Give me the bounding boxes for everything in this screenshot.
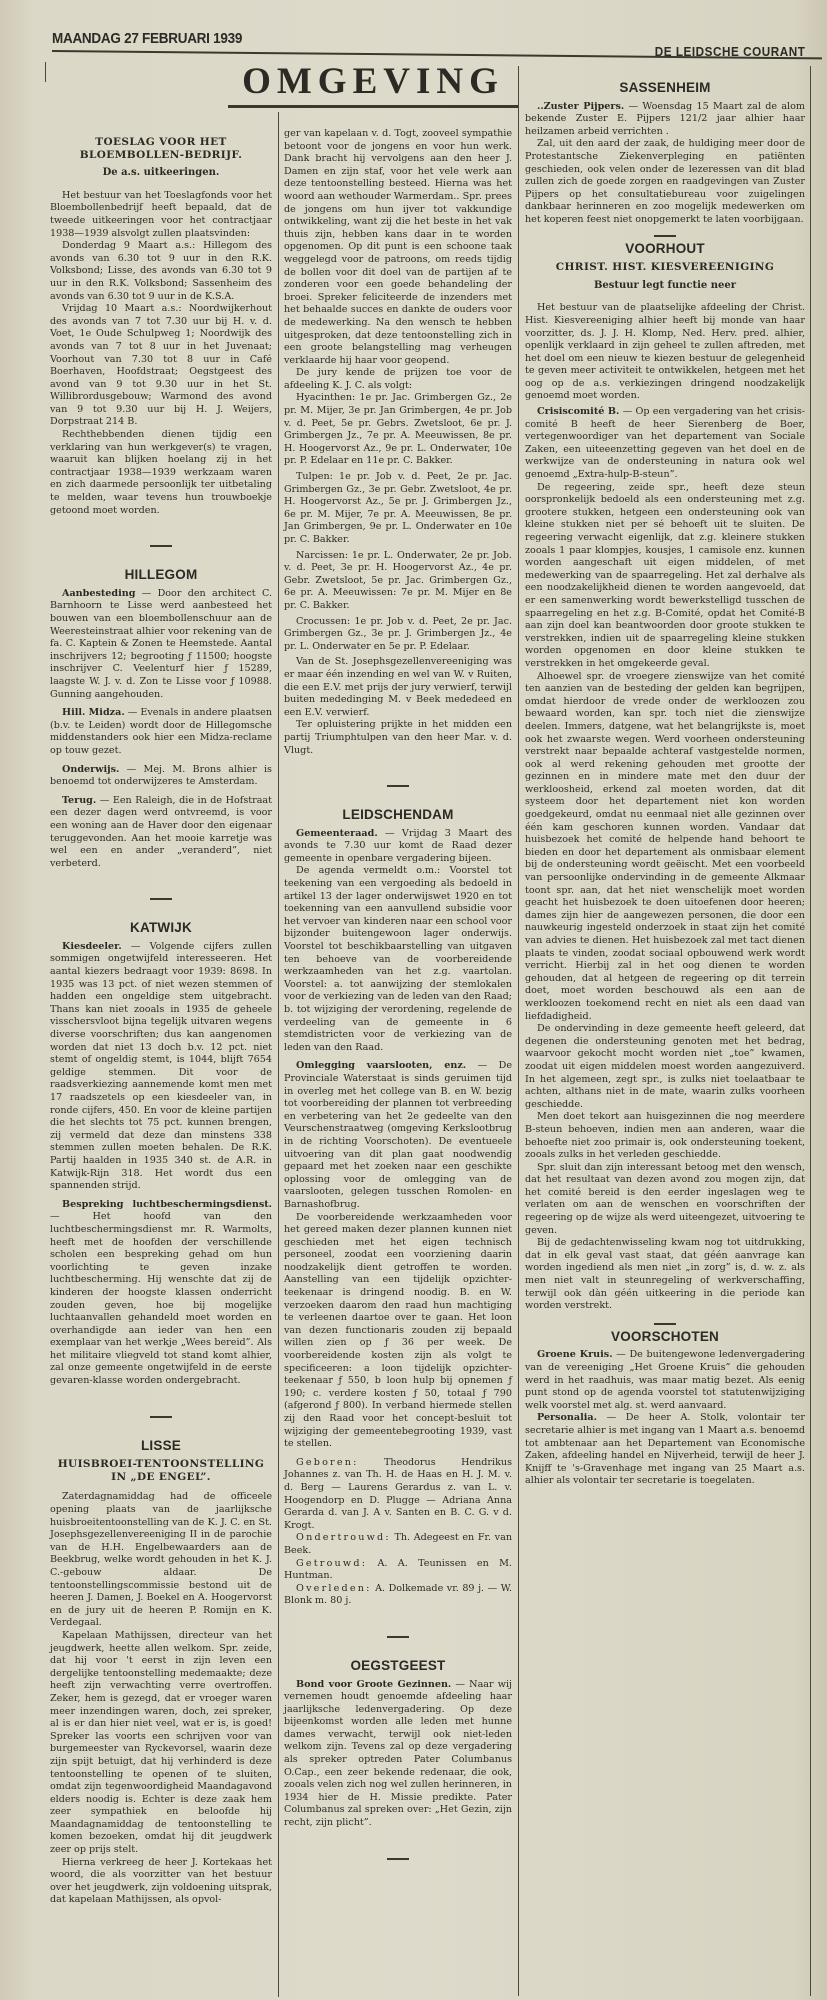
section-divider bbox=[150, 545, 172, 547]
news-item: Bij de gedachtenwisseling kwam nog tot u… bbox=[525, 1237, 805, 1313]
item-lead: Hill. Midza. bbox=[62, 707, 125, 718]
item-text: — Het hoofd van den luchtbeschermingsdie… bbox=[50, 1211, 272, 1386]
item-text: — Door den architect C. Barnhoorn te Lis… bbox=[50, 588, 272, 700]
article-paragraph: Kapelaan Mathijssen, directeur van het j… bbox=[50, 1630, 272, 1857]
article-paragraph: Het bestuur van het Toeslagfonds voor he… bbox=[50, 190, 272, 240]
news-item: Crisiscomité B. — Op een vergadering van… bbox=[525, 406, 805, 482]
section-divider bbox=[150, 1416, 172, 1418]
column-rule bbox=[810, 66, 811, 1996]
section-divider bbox=[387, 785, 409, 787]
item-lead: Omlegging vaarslooten, enz. bbox=[296, 1060, 466, 1071]
masthead-date: MAANDAG 27 FEBRUARI 1939 bbox=[52, 30, 242, 47]
column-rule bbox=[45, 62, 46, 82]
item-text: Alhoewel spr. de vroegere zienswijze van… bbox=[525, 671, 805, 1022]
section-divider bbox=[150, 898, 172, 900]
section-divider bbox=[654, 235, 676, 237]
column-2: ger van kapelaan v. d. Togt, zooveel sym… bbox=[284, 128, 512, 1882]
item-text: De agenda vermeldt o.m.: Voorstel tot te… bbox=[284, 865, 512, 1052]
prize-list: Hyacinthen: 1e pr. Jac. Grimbergen Gz., … bbox=[284, 392, 512, 468]
news-item: De agenda vermeldt o.m.: Voorstel tot te… bbox=[284, 865, 512, 1054]
item-text: — Naar wij vernemen houdt genoemde afdee… bbox=[284, 1679, 512, 1829]
article-paragraph: De jury kende de prijzen toe voor de afd… bbox=[284, 367, 512, 392]
item-lead: Terug. bbox=[62, 795, 96, 806]
article-subhead: Bestuur legt functie neer bbox=[525, 280, 805, 293]
news-item: De voorbereidende werkzaamheden voor het… bbox=[284, 1212, 512, 1451]
section-title: OMGEVING bbox=[228, 60, 518, 103]
item-text: De regeering, zeide spr., heeft deze ste… bbox=[525, 482, 805, 669]
section-divider bbox=[387, 1858, 409, 1860]
item-text: Het bestuur van de plaatselijke afdeelin… bbox=[525, 302, 805, 401]
item-lead: Bond voor Groote Gezinnen. bbox=[296, 1679, 451, 1690]
article-paragraph: Zaterdagnamiddag had de officeele openin… bbox=[50, 1491, 272, 1630]
news-item: Bespreking luchtbeschermingsdienst. — He… bbox=[50, 1199, 272, 1388]
news-item: Het bestuur van de plaatselijke afdeelin… bbox=[525, 302, 805, 403]
article-subhead: De a.s. uitkeeringen. bbox=[50, 167, 272, 180]
newspaper-page: MAANDAG 27 FEBRUARI 1939 DE LEIDSCHE COU… bbox=[0, 0, 827, 2000]
news-item: De ondervinding in deze gemeente heeft g… bbox=[525, 1023, 805, 1111]
column-rule bbox=[278, 112, 279, 1997]
item-text: — Op een vergadering van het crisis-comi… bbox=[525, 406, 805, 480]
item-lead: Gemeenteraad. bbox=[296, 828, 378, 839]
news-item: Zal, uit den aard der zaak, de huldiging… bbox=[525, 138, 805, 226]
item-text: De ondervinding in deze gemeente heeft g… bbox=[525, 1023, 805, 1110]
item-lead: Bespreking luchtbeschermingsdienst. bbox=[62, 1199, 272, 1210]
article-paragraph: Rechthebbenden dienen tijdig een verklar… bbox=[50, 429, 272, 517]
article-paragraph: Vrijdag 10 Maart a.s.: Noordwijkerhout d… bbox=[50, 303, 272, 429]
news-item: De regeering, zeide spr., heeft deze ste… bbox=[525, 482, 805, 671]
item-text: Spr. sluit dan zijn interessant betoog m… bbox=[525, 1162, 805, 1236]
item-text: Men doet tekort aan huisgezinnen die nog… bbox=[525, 1111, 805, 1160]
article-paragraph: Donderdag 9 Maart a.s.: Hillegom des avo… bbox=[50, 240, 272, 303]
civil-record: Geboren: Theodorus Hendrikus Johannes z.… bbox=[284, 1457, 512, 1533]
item-lead: Crisiscomité B. bbox=[537, 406, 619, 417]
column-3: SASSENHEIM ..Zuster Pijpers. — Woensdag … bbox=[525, 76, 805, 1488]
prize-list: Narcissen: 1e pr. L. Onderwater, 2e pr. … bbox=[284, 550, 512, 613]
town-heading-hillegom: HILLEGOM bbox=[50, 569, 272, 582]
section-divider bbox=[654, 1323, 676, 1325]
news-item: Men doet tekort aan huisgezinnen die nog… bbox=[525, 1111, 805, 1161]
item-text: Zal, uit den aard der zaak, de huldiging… bbox=[525, 138, 805, 225]
town-heading-leidschendam: LEIDSCHENDAM bbox=[284, 809, 512, 822]
town-heading-katwijk: KATWIJK bbox=[50, 922, 272, 935]
town-heading-oegstgeest: OEGSTGEEST bbox=[284, 1660, 512, 1673]
news-item: Hill. Midza. — Evenals in andere plaatse… bbox=[50, 707, 272, 757]
item-lead: Groene Kruis. bbox=[537, 1349, 613, 1360]
item-text: Bij de gedachtenwisseling kwam nog tot u… bbox=[525, 1237, 805, 1311]
civil-record: Ondertrouwd: Th. Adegeest en Fr. van Bee… bbox=[284, 1532, 512, 1557]
news-item: Aanbesteding — Door den architect C. Bar… bbox=[50, 588, 272, 701]
civil-record: Getrouwd: A. A. Teunissen en M. Huntman. bbox=[284, 1558, 512, 1583]
town-heading-voorhout: VOORHOUT bbox=[525, 243, 805, 256]
record-label: Geboren: bbox=[296, 1457, 359, 1468]
article-paragraph: Hierna verkreeg de heer J. Kortekaas het… bbox=[50, 1857, 272, 1907]
item-lead: Kiesdeeler. bbox=[62, 941, 122, 952]
section-title-rule bbox=[228, 105, 518, 108]
article-headline: TOESLAG VOOR HET BLOEMBOLLEN-BEDRIJF. bbox=[50, 136, 272, 161]
column-rule bbox=[518, 66, 519, 1996]
article-headline: CHRIST. HIST. KIESVEREENIGING bbox=[525, 261, 805, 274]
news-item: Gemeenteraad. — Vrijdag 3 Maart des avon… bbox=[284, 828, 512, 866]
item-text: — De heer A. Stolk, volontair ter secret… bbox=[525, 1412, 805, 1486]
item-lead: Onderwijs. bbox=[62, 764, 119, 775]
record-label: Getrouwd: bbox=[296, 1558, 367, 1569]
article-paragraph: Ter opluistering prijkte in het midden e… bbox=[284, 719, 512, 757]
article-paragraph: Van de St. Josephsgezellenvereeniging wa… bbox=[284, 656, 512, 719]
record-label: Ondertrouwd: bbox=[296, 1532, 391, 1543]
news-item: Groene Kruis. — De buitengewone ledenver… bbox=[525, 1349, 805, 1412]
column-1: TOESLAG VOOR HET BLOEMBOLLEN-BEDRIJF. De… bbox=[50, 132, 272, 1907]
prize-list: Tulpen: 1e pr. Job v. d. Peet, 2e pr. Ja… bbox=[284, 471, 512, 547]
item-lead: Aanbesteding bbox=[62, 588, 135, 599]
town-heading-voorschoten: VOORSCHOTEN bbox=[525, 1331, 805, 1344]
news-item: Onderwijs. — Mej. M. Brons alhier is ben… bbox=[50, 764, 272, 789]
article-paragraph: ger van kapelaan v. d. Togt, zooveel sym… bbox=[284, 128, 512, 367]
news-item: Omlegging vaarslooten, enz. — De Provinc… bbox=[284, 1060, 512, 1211]
news-item: Kiesdeeler. — Volgende cijfers zullen so… bbox=[50, 941, 272, 1193]
item-text: De voorbereidende werkzaamheden voor het… bbox=[284, 1212, 512, 1450]
town-heading-lisse: LISSE bbox=[50, 1440, 272, 1453]
article-headline: HUISBROEI-TENTOONSTELLING IN „DE ENGEL”. bbox=[50, 1458, 272, 1483]
item-text: — De Provinciale Waterstaat is sinds ger… bbox=[284, 1060, 512, 1210]
news-item: Terug. — Een Raleigh, die in de Hofstraa… bbox=[50, 795, 272, 871]
item-text: — Volgende cijfers zullen sommigen onget… bbox=[50, 941, 272, 1191]
civil-record: Overleden: A. Dolkemade vr. 89 j. — W. B… bbox=[284, 1583, 512, 1608]
news-item: Bond voor Groote Gezinnen. — Naar wij ve… bbox=[284, 1679, 512, 1830]
section-divider bbox=[387, 1636, 409, 1638]
news-item: ..Zuster Pijpers. — Woensdag 15 Maart za… bbox=[525, 101, 805, 139]
prize-list: Crocussen: 1e pr. Job v. d. Peet, 2e pr.… bbox=[284, 616, 512, 654]
news-item: Spr. sluit dan zijn interessant betoog m… bbox=[525, 1162, 805, 1238]
news-item: Personalia. — De heer A. Stolk, volontai… bbox=[525, 1412, 805, 1488]
town-heading-sassenheim: SASSENHEIM bbox=[525, 82, 805, 95]
item-lead: ..Zuster Pijpers. bbox=[537, 101, 624, 112]
item-lead: Personalia. bbox=[537, 1412, 597, 1423]
record-label: Overleden: bbox=[296, 1583, 372, 1594]
news-item: Alhoewel spr. de vroegere zienswijze van… bbox=[525, 671, 805, 1024]
